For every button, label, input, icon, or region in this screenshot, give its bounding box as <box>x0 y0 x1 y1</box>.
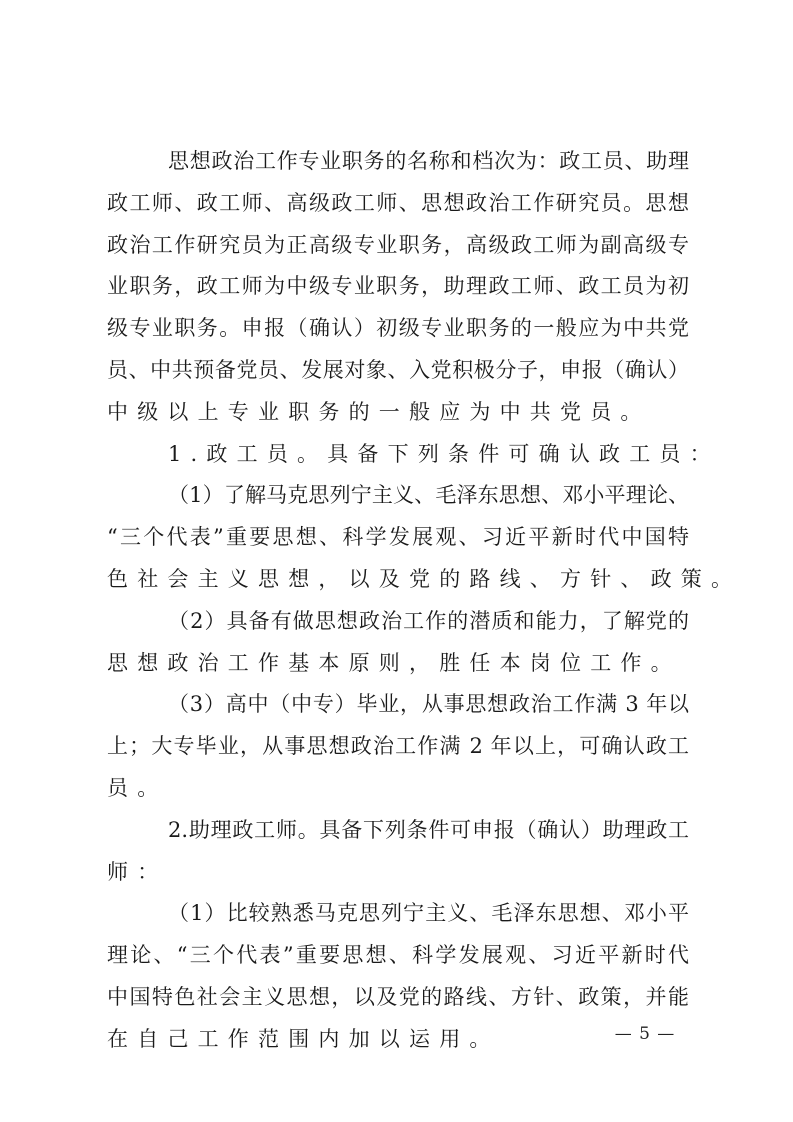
paragraph-line: 业职务，政工师为中级专业职务，助理政工师、政工员为初 <box>107 266 689 308</box>
paragraph-line: （1）了解马克思列宁主义、毛泽东思想、邓小平理论、 <box>107 475 689 517</box>
document-page: 思想政治工作专业职务的名称和档次为：政工员、助理 政工师、政工师、高级政工师、思… <box>0 0 793 1122</box>
paragraph-line: 员、中共预备党员、发展对象、入党积极分子，申报（确认） <box>107 350 689 392</box>
paragraph-line: 上；大专毕业，从事思想政治工作满 2 年以上，可确认政工 <box>107 726 689 768</box>
paragraph-line: 理论、“三个代表”重要思想、科学发展观、习近平新时代 <box>107 935 689 977</box>
paragraph-line: 政工师、政工师、高级政工师、思想政治工作研究员。思想 <box>107 183 689 225</box>
paragraph-line: 师： <box>107 852 689 894</box>
paragraph-line: 思想政治工作专业职务的名称和档次为：政工员、助理 <box>107 141 689 183</box>
paragraph-line: 中级以上专业职务的一般应为中共党员。 <box>107 392 689 434</box>
section-heading-2: 2.助理政工师。具备下列条件可申报（确认）助理政工 <box>107 810 689 852</box>
paragraph-line: 思想政治工作基本原则，胜任本岗位工作。 <box>107 643 689 685</box>
paragraph-line: “三个代表”重要思想、科学发展观、习近平新时代中国特 <box>107 517 689 559</box>
paragraph-line: 中国特色社会主义思想，以及党的路线、方针、政策，并能 <box>107 977 689 1019</box>
document-body: 思想政治工作专业职务的名称和档次为：政工员、助理 政工师、政工师、高级政工师、思… <box>107 141 689 1061</box>
paragraph-line: （3）高中（中专）毕业，从事思想政治工作满 3 年以 <box>107 684 689 726</box>
page-number: — 5 — <box>600 1020 690 1048</box>
section-heading-1: 1.政工员。具备下列条件可确认政工员： <box>107 434 689 476</box>
paragraph-line: 级专业职务。申报（确认）初级专业职务的一般应为中共党 <box>107 308 689 350</box>
paragraph-line: 色社会主义思想，以及党的路线、方针、政策。 <box>107 559 689 601</box>
paragraph-line: 政治工作研究员为正高级专业职务，高级政工师为副高级专 <box>107 225 689 267</box>
paragraph-line: 员。 <box>107 768 689 810</box>
paragraph-line: （2）具备有做思想政治工作的潜质和能力，了解党的 <box>107 601 689 643</box>
paragraph-line: （1）比较熟悉马克思列宁主义、毛泽东思想、邓小平 <box>107 893 689 935</box>
